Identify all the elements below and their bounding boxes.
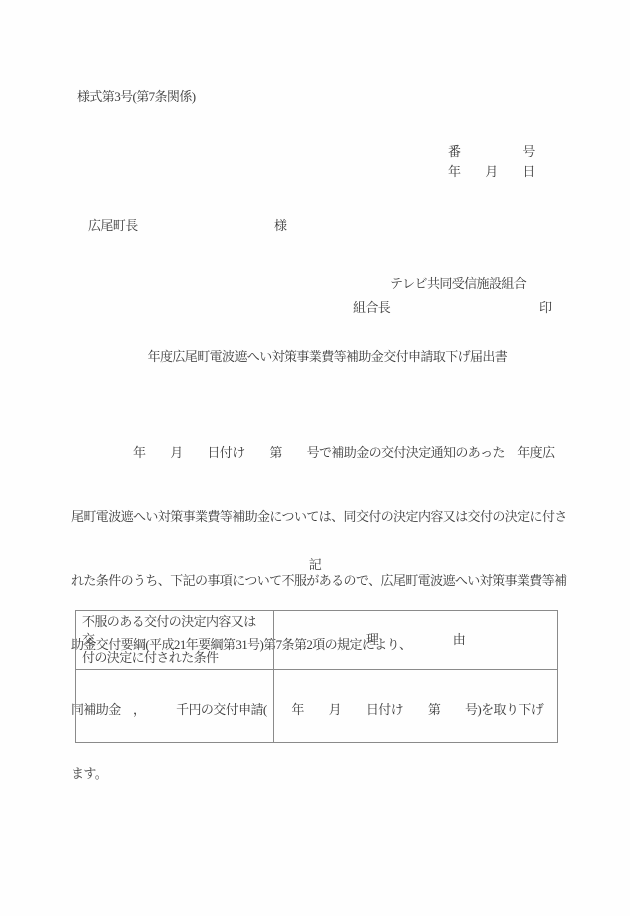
table-header-condition-line2: 付の決定に付された条件	[82, 650, 218, 665]
table-entry-row	[76, 670, 558, 743]
body-line: れた条件のうち、下記の事項について不服があるので、広尾町電波遮へい対策事業費等補	[71, 570, 601, 591]
table-header-condition: 不服のある交付の決定内容又は交 付の決定に付された条件	[76, 611, 274, 670]
document-page: 様式第3号(第7条関係) 番 号 年 月 日 広尾町長 様 テレビ共同受信施設組…	[0, 0, 630, 916]
sender-role-seal-line: 組合長 印	[353, 297, 551, 316]
doc-number-line: 番 号	[448, 141, 535, 160]
table-header-condition-line1: 不服のある交付の決定内容又は交	[82, 614, 256, 647]
ki-marker: 記	[0, 554, 630, 573]
table-header-reason: 理 由	[274, 611, 558, 670]
sender-organization-line: テレビ共同受信施設組合	[390, 273, 526, 292]
body-line: 年 月 日付け 第 号で補助金の交付決定通知のあった 年度広	[71, 442, 601, 463]
body-line: ます。	[71, 763, 601, 784]
addressee-line: 広尾町長 様	[88, 215, 286, 234]
document-title: 年度広尾町電波遮へい対策事業費等補助金交付申請取下げ届出書	[0, 346, 630, 365]
form-number: 様式第3号(第7条関係)	[77, 86, 195, 105]
doc-date-line: 年 月 日	[448, 161, 535, 180]
appeal-table: 不服のある交付の決定内容又は交 付の決定に付された条件 理 由	[75, 610, 558, 743]
body-line: 尾町電波遮へい対策事業費等補助金については、同交付の決定内容又は交付の決定に付さ	[71, 506, 601, 527]
table-header-row: 不服のある交付の決定内容又は交 付の決定に付された条件 理 由	[76, 611, 558, 670]
table-cell-reason-blank	[274, 670, 558, 743]
table-cell-condition-blank	[76, 670, 274, 743]
